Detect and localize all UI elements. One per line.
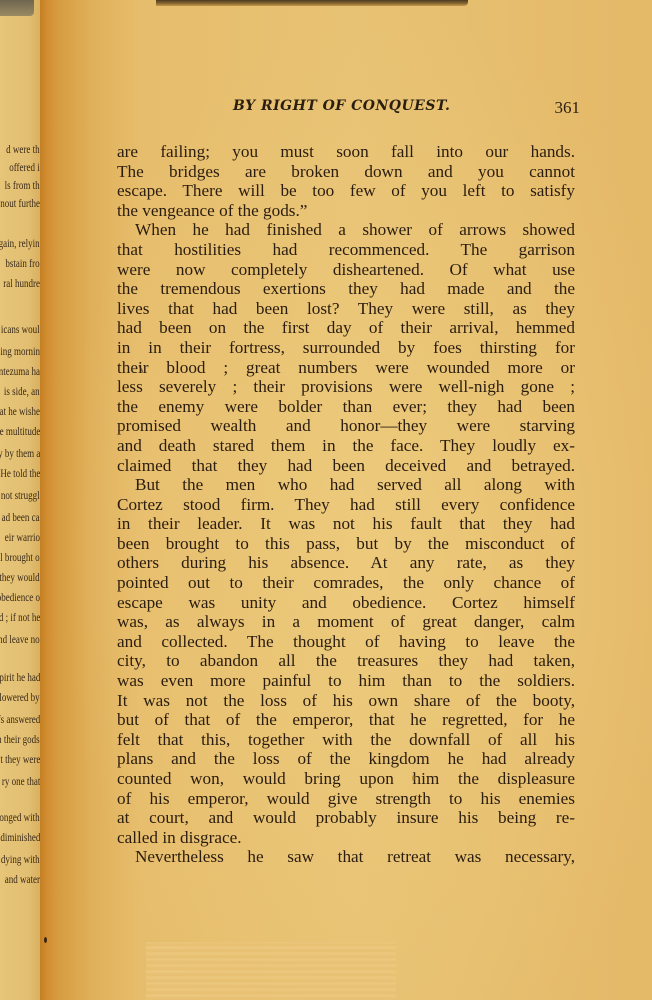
text-line: escape was unity and obedience. Cortez h… [117,593,575,613]
scan-smear-artifact [146,942,396,1000]
text-line: at court, and would probably insure his … [117,808,575,828]
text-line: counted won, would bring upon him the di… [117,769,575,789]
facing-page-fragment: icans woul [1,322,40,336]
body-text: are failing; you must soon fall into our… [117,142,575,867]
text-line: are failing; you must soon fall into our… [117,142,575,162]
text-line: When he had finished a shower of arrows … [117,220,575,240]
facing-page-fragment: f they would [0,570,40,584]
text-line: the tremendous exertions they had made a… [117,279,575,299]
text-line: were now completely disheartened. Of wha… [117,260,575,280]
facing-page-fragment: ntezuma ha [0,364,40,378]
facing-page-fragment: e multitude [0,424,40,438]
facing-page-fragment: r lowered by [0,690,40,704]
facing-page-fragment: onged with [0,810,40,824]
facing-page-fragment: ad been ca [2,510,40,524]
facing-page-fragment: nout furthe [0,196,40,210]
facing-page-fragment: spirit he had [0,670,40,684]
paper-stain [412,775,415,781]
text-line: Nevertheless he saw that retreat was nec… [117,847,575,867]
text-line: Cortez stood firm. They had still every … [117,495,575,515]
facing-page-fragment: and leave no [0,632,40,646]
facing-page-fragment: ing mornin [0,344,40,358]
text-line: was even more painful to him than to the… [117,671,575,691]
scan-edge-artifact [156,0,468,6]
text-line: others during his absence. At any rate, … [117,553,575,573]
paper-speck [44,937,47,943]
text-line: had been on the first day of their arriv… [117,318,575,338]
facing-page-fragment: is side, an [4,384,40,398]
facing-page-fragment: l brought o [0,550,40,564]
facing-page-fragment: bstain fro [6,256,40,270]
facing-page-fragment: dying with [1,852,40,866]
facing-page-fragment: eir warrio [5,530,40,544]
text-line: and collected. The thought of having to … [117,632,575,652]
text-line: the enemy were bolder than ever; they ha… [117,397,575,417]
text-line: but of that of the emperor, that he regr… [117,710,575,730]
facing-page-fragment: not struggl [1,488,40,502]
text-line: The bridges are broken down and you cann… [117,162,575,182]
text-line: escape. There will be too few of you lef… [117,181,575,201]
facing-page-fragment: diminished [0,830,40,844]
text-line: been brought to this pass, but by the mi… [117,534,575,554]
text-line: But the men who had served all along wit… [117,475,575,495]
facing-page-fragment: efs answered [0,712,40,726]
facing-page-fragment: y by them a [0,446,40,460]
text-line: city, to abandon all the treasures they … [117,651,575,671]
text-line: less severely ; their provisions were we… [117,377,575,397]
running-head: BY RIGHT OF CONQUEST. 361 [60,98,580,118]
text-line: felt that this, together with the downfa… [117,730,575,750]
page-corner-fold [0,0,34,16]
facing-page-fragment: vn their gods [0,732,40,746]
text-line: in in their fortress, surrounded by foes… [117,338,575,358]
text-line: in their leader. It was not his fault th… [117,514,575,534]
facing-page-fragment: ry one that [2,774,40,788]
facing-page-edge: d were thoffered ils from thnout furtheg… [0,0,40,1000]
text-line: It was not the loss of his own share of … [117,691,575,711]
facing-page-fragment: at he wishe [0,404,40,418]
text-line: plans and the loss of the kingdom he had… [117,749,575,769]
facing-page-fragment: e obedience o [0,590,40,604]
text-line: claimed that they had been deceived and … [117,456,575,476]
text-line: promised wealth and honor—they were star… [117,416,575,436]
text-line: that hostilities had recommenced. The ga… [117,240,575,260]
text-line: pointed out to their comrades, the only … [117,573,575,593]
facing-page-fragment: d were th [7,142,40,156]
text-line: called in disgrace. [117,828,575,848]
facing-page-fragment: and water [5,872,40,886]
text-line: the vengeance of the gods.” [117,201,575,221]
running-title: BY RIGHT OF CONQUEST. [233,98,450,114]
page-number: 361 [555,98,581,118]
facing-page-fragment: nd ; if not he [0,610,40,624]
facing-page-fragment: gain, relyin [0,236,40,250]
facing-page-fragment: offered i [9,160,40,174]
facing-page-fragment: ls from th [5,178,40,192]
text-line: their blood ; great numbers were wounded… [117,358,575,378]
facing-page-fragment: t they were [0,752,40,766]
facing-page-fragment: He told the [0,466,40,480]
facing-page-fragment: ral hundre [3,276,40,290]
text-line: of his emperor, would give strength to h… [117,789,575,809]
text-line: was, as always in a moment of great dang… [117,612,575,632]
text-line: lives that had been lost? They were stil… [117,299,575,319]
text-line: and death stared them in the face. They … [117,436,575,456]
